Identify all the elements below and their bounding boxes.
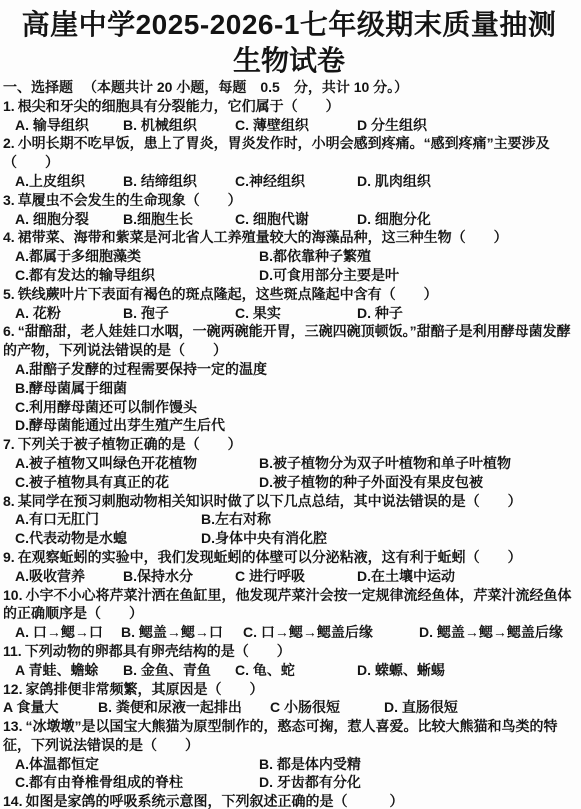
section-label: 一、选择题 (3, 79, 73, 95)
option-C: C. 口→鳃→鳃盖后缘 (243, 623, 419, 642)
option-C: C. 果实 (235, 304, 357, 323)
question-stem: 下列关于被子植物正确的是（ ） (18, 436, 242, 452)
question-stem: “冰墩墩”是以国宝大熊猫为原型制作的，憨态可掬，惹人喜爱。比较大熊猫和鸟类的特征… (3, 718, 557, 753)
question-number: 12. (3, 681, 22, 697)
question-number: 8. (3, 493, 15, 509)
question-text: 10.小宇不小心将芹菜汁洒在鱼缸里，他发现芹菜汁会按一定规律流经鱼体，芹菜汁流经… (3, 586, 575, 624)
question-number: 4. (3, 229, 15, 245)
question-text: 4.裙带菜、海带和紫菜是河北省人工养殖量较大的海藻品种，这三种生物（ ） (3, 228, 575, 247)
question-12: 12.家鸽排便非常频繁，其原因是（ ）A 食量大B. 粪便和尿液一起排出C 小肠… (3, 680, 575, 718)
option-A: A.体温都恒定 (15, 755, 259, 774)
option-A: A.被子植物又叫绿色开花植物 (15, 454, 259, 473)
option-C: C 小肠很短 (270, 698, 384, 717)
question-stem: 家鸽排便非常频繁，其原因是（ ） (25, 681, 263, 697)
exam-title: 高崖中学2025-2026-1七年级期末质量抽测 (3, 6, 575, 44)
question-stem: 如图是家鸽的呼吸系统示意图，下列叙述正确的是（ ） (25, 793, 403, 809)
question-options: A. 花粉B. 孢子C. 果实D. 种子 (3, 304, 575, 323)
option-B: B. 都是体内受精 (259, 755, 575, 774)
option-B: B.细胞生长 (123, 210, 235, 229)
option-A: A.甜醅子发酵的过程需要保持一定的温度 (15, 360, 575, 379)
question-14: 14.如图是家鸽的呼吸系统示意图，下列叙述正确的是（ ） (3, 792, 575, 809)
option-D: D. 牙齿都有分化 (259, 773, 575, 792)
option-B: B. 粪便和尿液一起排出 (98, 698, 270, 717)
question-options: A.体温都恒定B. 都是体内受精C.都有由脊椎骨组成的脊柱D. 牙齿都有分化 (3, 755, 575, 793)
option-C: C.代表动物是水螅 (15, 529, 201, 548)
option-B: B. 鳃盖→鳃→口 (121, 623, 243, 642)
question-10: 10.小宇不小心将芹菜汁洒在鱼缸里，他发现芹菜汁会按一定规律流经鱼体，芹菜汁流经… (3, 586, 575, 642)
option-D: D. 细胞分化 (357, 210, 575, 229)
question-options: A.吸收营养B.保持水分C 进行呼吸D.在土壤中运动 (3, 567, 575, 586)
question-text: 3.草履虫不会发生的生命现象（ ） (3, 191, 575, 210)
question-options: A.有口无肛门B.左右对称C.代表动物是水螅D.身体中央有消化腔 (3, 510, 575, 548)
option-D: D.酵母菌能通过出芽生殖产生后代 (15, 416, 575, 435)
questions-list: 1.根尖和牙尖的细胞具有分裂能力，它们属于（ ）A. 输导组织B. 机械组织C.… (3, 97, 575, 809)
question-8: 8.某同学在预习刺胞动物相关知识时做了以下几点总结，其中说法错误的是（ ）A.有… (3, 492, 575, 548)
option-B: B. 结缔组织 (123, 172, 235, 191)
question-stem: “甜醅甜，老人娃娃口水咽，一碗两碗能开胃，三碗四碗顶顿饭。”甜醅子是利用酵母菌发… (3, 323, 571, 358)
question-text: 6.“甜醅甜，老人娃娃口水咽，一碗两碗能开胃，三碗四碗顶顿饭。”甜醅子是利用酵母… (3, 322, 575, 360)
exam-subtitle: 生物试卷 (3, 44, 575, 78)
option-C: C.都有发达的输导组织 (15, 266, 259, 285)
question-options: A.甜醅子发酵的过程需要保持一定的温度B.酵母菌属于细菌C.利用酵母菌还可以制作… (3, 360, 575, 435)
option-B: B.左右对称 (201, 510, 575, 529)
question-text: 1.根尖和牙尖的细胞具有分裂能力，它们属于（ ） (3, 97, 575, 116)
question-7: 7.下列关于被子植物正确的是（ ）A.被子植物又叫绿色开花植物B.被子植物分为双… (3, 435, 575, 491)
option-A: A.有口无肛门 (15, 510, 201, 529)
option-D: D.被子植物的种子外面没有果皮包被 (259, 473, 575, 492)
option-A: A. 细胞分裂 (15, 210, 123, 229)
option-D: D. 鳃盖→鳃→鳃盖后缘 (419, 623, 575, 642)
option-A: A. 花粉 (15, 304, 123, 323)
question-text: 14.如图是家鸽的呼吸系统示意图，下列叙述正确的是（ ） (3, 792, 575, 809)
question-number: 7. (3, 436, 15, 452)
option-A: A 青蛙、蟾蜍 (15, 661, 123, 680)
question-options: A. 输导组织B. 机械组织C. 薄壁组织D 分生组织 (3, 116, 575, 135)
question-options: A.都属于多细胞藻类B.都依靠种子繁殖C.都有发达的输导组织D.可食用部分主要是… (3, 247, 575, 285)
question-stem: 小宇不小心将芹菜汁洒在鱼缸里，他发现芹菜汁会按一定规律流经鱼体，芹菜汁流经鱼体的… (3, 587, 571, 622)
option-A: A.都属于多细胞藻类 (15, 247, 259, 266)
question-options: A.上皮组织B. 结缔组织C.神经组织D. 肌肉组织 (3, 172, 575, 191)
option-D: D. 直肠很短 (384, 698, 575, 717)
question-text: 5.铁线蕨叶片下表面有褐色的斑点隆起，这些斑点隆起中含有（ ） (3, 285, 575, 304)
question-4: 4.裙带菜、海带和紫菜是河北省人工养殖量较大的海藻品种，这三种生物（ ）A.都属… (3, 228, 575, 284)
option-C: C 进行呼吸 (235, 567, 357, 586)
option-D: D.可食用部分主要是叶 (259, 266, 575, 285)
question-stem: 铁线蕨叶片下表面有褐色的斑点隆起，这些斑点隆起中含有（ ） (18, 286, 438, 302)
question-text: 7.下列关于被子植物正确的是（ ） (3, 435, 575, 454)
option-B: B. 孢子 (123, 304, 235, 323)
section-heading: 一、选择题（本题共计 20 小题，每题 0.5 分，共计 10 分。） (3, 78, 575, 97)
question-options: A 食量大B. 粪便和尿液一起排出C 小肠很短D. 直肠很短 (3, 698, 575, 717)
option-B: B.保持水分 (123, 567, 235, 586)
option-B: B. 机械组织 (123, 116, 235, 135)
question-text: 11.下列动物的卵都具有卵壳结构的是（ ） (3, 642, 575, 661)
question-stem: 裙带菜、海带和紫菜是河北省人工养殖量较大的海藻品种，这三种生物（ ） (18, 229, 508, 245)
option-C: C. 龟、蛇 (235, 661, 357, 680)
question-number: 1. (3, 98, 15, 114)
question-number: 10. (3, 587, 22, 603)
option-C: C. 薄壁组织 (235, 116, 357, 135)
question-stem: 在观察蚯蚓的实验中，我们发现蚯蚓的体壁可以分泌粘液，这有利于蚯蚓（ ） (18, 549, 522, 565)
question-9: 9.在观察蚯蚓的实验中，我们发现蚯蚓的体壁可以分泌粘液，这有利于蚯蚓（ ）A.吸… (3, 548, 575, 586)
question-stem: 根尖和牙尖的细胞具有分裂能力，它们属于（ ） (18, 98, 340, 114)
option-D: D. 蝾螈、蜥蜴 (357, 661, 575, 680)
question-number: 2. (3, 135, 15, 151)
option-A: A.上皮组织 (15, 172, 123, 191)
question-2: 2.小明长期不吃早饭，患上了胃炎，胃炎发作时，小明会感到疼痛。“感到疼痛”主要涉… (3, 134, 575, 190)
question-1: 1.根尖和牙尖的细胞具有分裂能力，它们属于（ ）A. 输导组织B. 机械组织C.… (3, 97, 575, 135)
question-stem: 小明长期不吃早饭，患上了胃炎，胃炎发作时，小明会感到疼痛。“感到疼痛”主要涉及（… (3, 135, 550, 170)
option-D: D. 肌肉组织 (357, 172, 575, 191)
question-options: A 青蛙、蟾蜍B. 金鱼、青鱼C. 龟、蛇D. 蝾螈、蜥蜴 (3, 661, 575, 680)
option-A: A. 口→鳃→口 (15, 623, 121, 642)
question-number: 14. (3, 793, 22, 809)
question-6: 6.“甜醅甜，老人娃娃口水咽，一碗两碗能开胃，三碗四碗顶顿饭。”甜醅子是利用酵母… (3, 322, 575, 435)
option-C: C.都有由脊椎骨组成的脊柱 (15, 773, 259, 792)
option-D: D.身体中央有消化腔 (201, 529, 575, 548)
option-D: D. 种子 (357, 304, 575, 323)
exam-page: 高崖中学2025-2026-1七年级期末质量抽测 生物试卷 一、选择题（本题共计… (0, 0, 581, 809)
question-number: 5. (3, 286, 15, 302)
option-C: C. 细胞代谢 (235, 210, 357, 229)
question-number: 9. (3, 549, 15, 565)
question-number: 6. (3, 323, 15, 339)
question-text: 12.家鸽排便非常频繁，其原因是（ ） (3, 680, 575, 699)
question-3: 3.草履虫不会发生的生命现象（ ）A. 细胞分裂B.细胞生长C. 细胞代谢D. … (3, 191, 575, 229)
question-options: A. 细胞分裂B.细胞生长C. 细胞代谢D. 细胞分化 (3, 210, 575, 229)
question-text: 8.某同学在预习刺胞动物相关知识时做了以下几点总结，其中说法错误的是（ ） (3, 492, 575, 511)
question-5: 5.铁线蕨叶片下表面有褐色的斑点隆起，这些斑点隆起中含有（ ）A. 花粉B. 孢… (3, 285, 575, 323)
question-text: 2.小明长期不吃早饭，患上了胃炎，胃炎发作时，小明会感到疼痛。“感到疼痛”主要涉… (3, 134, 575, 172)
question-stem: 下列动物的卵都具有卵壳结构的是（ ） (25, 643, 291, 659)
option-D: D.在土壤中运动 (357, 567, 575, 586)
question-stem: 草履虫不会发生的生命现象（ ） (18, 192, 242, 208)
question-text: 9.在观察蚯蚓的实验中，我们发现蚯蚓的体壁可以分泌粘液，这有利于蚯蚓（ ） (3, 548, 575, 567)
question-stem: 某同学在预习刺胞动物相关知识时做了以下几点总结，其中说法错误的是（ ） (18, 493, 522, 509)
option-A: A.吸收营养 (15, 567, 123, 586)
option-A: A 食量大 (3, 698, 98, 717)
option-B: B.都依靠种子繁殖 (259, 247, 575, 266)
option-D: D 分生组织 (357, 116, 575, 135)
question-number: 13. (3, 718, 22, 734)
question-options: A. 口→鳃→口B. 鳃盖→鳃→口C. 口→鳃→鳃盖后缘D. 鳃盖→鳃→鳃盖后缘 (3, 623, 575, 642)
question-options: A.被子植物又叫绿色开花植物B.被子植物分为双子叶植物和单子叶植物C.被子植物具… (3, 454, 575, 492)
question-number: 11. (3, 643, 22, 659)
option-B: B.被子植物分为双子叶植物和单子叶植物 (259, 454, 575, 473)
question-11: 11.下列动物的卵都具有卵壳结构的是（ ）A 青蛙、蟾蜍B. 金鱼、青鱼C. 龟… (3, 642, 575, 680)
option-C: C.利用酵母菌还可以制作馒头 (15, 398, 575, 417)
question-13: 13.“冰墩墩”是以国宝大熊猫为原型制作的，憨态可掬，惹人喜爱。比较大熊猫和鸟类… (3, 717, 575, 792)
question-text: 13.“冰墩墩”是以国宝大熊猫为原型制作的，憨态可掬，惹人喜爱。比较大熊猫和鸟类… (3, 717, 575, 755)
option-B: B. 金鱼、青鱼 (123, 661, 235, 680)
option-C: C.神经组织 (235, 172, 357, 191)
question-number: 3. (3, 192, 15, 208)
section-meta: （本题共计 20 小题，每题 0.5 分，共计 10 分。） (83, 79, 408, 95)
option-C: C.被子植物具有真正的花 (15, 473, 259, 492)
option-A: A. 输导组织 (15, 116, 123, 135)
option-B: B.酵母菌属于细菌 (15, 379, 575, 398)
